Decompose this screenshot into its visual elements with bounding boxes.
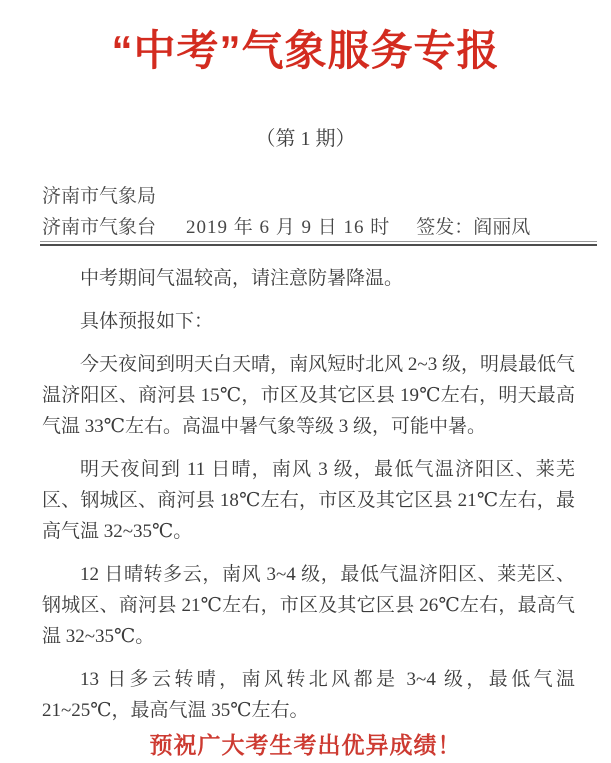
divider-rule [40, 241, 597, 246]
report-body: 中考期间气温较高，请注意防暑降温。 具体预报如下： 今天夜间到明天白天晴，南风短… [0, 263, 611, 726]
issue-datetime: 2019 年 6 月 9 日 16 时 [186, 217, 390, 238]
issue-number: （第 1 期） [0, 128, 611, 150]
org-bureau: 济南市气象局 [42, 186, 611, 207]
weather-report-page: “中考”气象服务专报 （第 1 期） 济南市气象局 济南市气象台 2019 年 … [0, 0, 611, 763]
paragraph-notice: 中考期间气温较高，请注意防暑降温。 [42, 263, 575, 294]
signer: 签发：阎丽凤 [416, 217, 530, 238]
paragraph-lead-in: 具体预报如下： [42, 306, 575, 337]
paragraph-forecast-day1: 今天夜间到明天白天晴，南风短时北风 2~3 级，明晨最低气温济阳区、商河县 15… [42, 349, 575, 442]
footer-slogan: 预祝广大考生考出优异成绩！ [0, 732, 611, 760]
paragraph-forecast-day3: 12 日晴转多云，南风 3~4 级，最低气温济阳区、莱芜区、钢城区、商河县 21… [42, 559, 575, 652]
paragraph-forecast-day4: 13 日多云转晴，南风转北风都是 3~4 级，最低气温 21~25℃，最高气温 … [42, 664, 575, 726]
report-title: “中考”气象服务专报 [0, 20, 611, 82]
org-observatory: 济南市气象台 [42, 217, 156, 238]
paragraph-forecast-day2: 明天夜间到 11 日晴，南风 3 级，最低气温济阳区、莱芜区、钢城区、商河县 1… [42, 454, 575, 547]
issuing-line: 济南市气象台 2019 年 6 月 9 日 16 时 签发：阎丽凤 [42, 217, 611, 238]
